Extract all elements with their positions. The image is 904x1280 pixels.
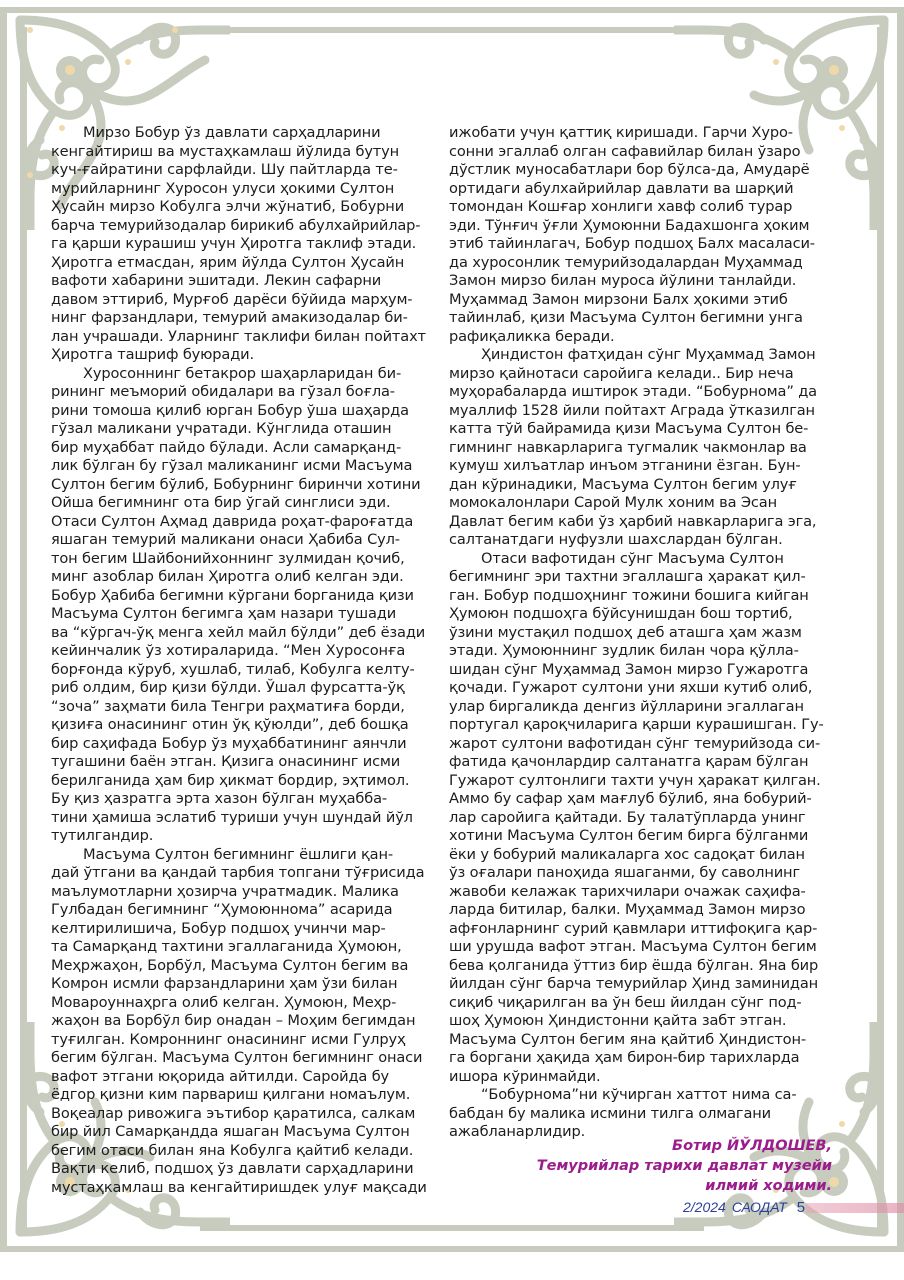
author-position-2: илмий ходими. [537, 1176, 832, 1196]
page-footer: 2/2024 САОДАТ 5 [683, 1199, 805, 1216]
article-right-column: ижобати учун қаттиқ киришади. Гарчи Хуро… [449, 124, 842, 1142]
magazine-page: Мирзо Бобур ўз давлати сарҳадларини кенг… [0, 0, 904, 1280]
magazine-name: САОДАТ [732, 1199, 787, 1215]
paragraph: Отаси вафотидан сўнг Масъума Султон беги… [449, 550, 842, 1087]
author-position: Темурийлар тарихи давлат музейи [537, 1156, 832, 1176]
paragraph: Хуросоннинг бетакрор шаҳарларидан би- ри… [51, 365, 438, 846]
author-signature: Ботир ЙЎЛДОШЕВ, Темурийлар тарихи давлат… [537, 1136, 832, 1196]
paragraph: “Бобурнома”ни кўчирган хаттот нима са- б… [449, 1086, 842, 1142]
frame-top-inner [200, 27, 704, 33]
footer-decoration-band [806, 1203, 904, 1213]
paragraph: Масъума Султон бегимнинг ёшлиги қан- дай… [51, 846, 438, 1198]
article-left-column: Мирзо Бобур ўз давлати сарҳадларини кенг… [51, 124, 438, 1197]
page-number: 5 [797, 1199, 805, 1216]
frame-bottom-inner [200, 1225, 704, 1231]
paragraph: Мирзо Бобур ўз давлати сарҳадларини кенг… [51, 124, 438, 365]
paragraph: Ҳиндистон фатҳидан сўнг Муҳаммад Замон м… [449, 346, 842, 550]
author-name: Ботир ЙЎЛДОШЕВ, [537, 1136, 832, 1156]
issue-number: 2/2024 [683, 1199, 726, 1215]
paragraph: ижобати учун қаттиқ киришади. Гарчи Хуро… [449, 124, 842, 346]
